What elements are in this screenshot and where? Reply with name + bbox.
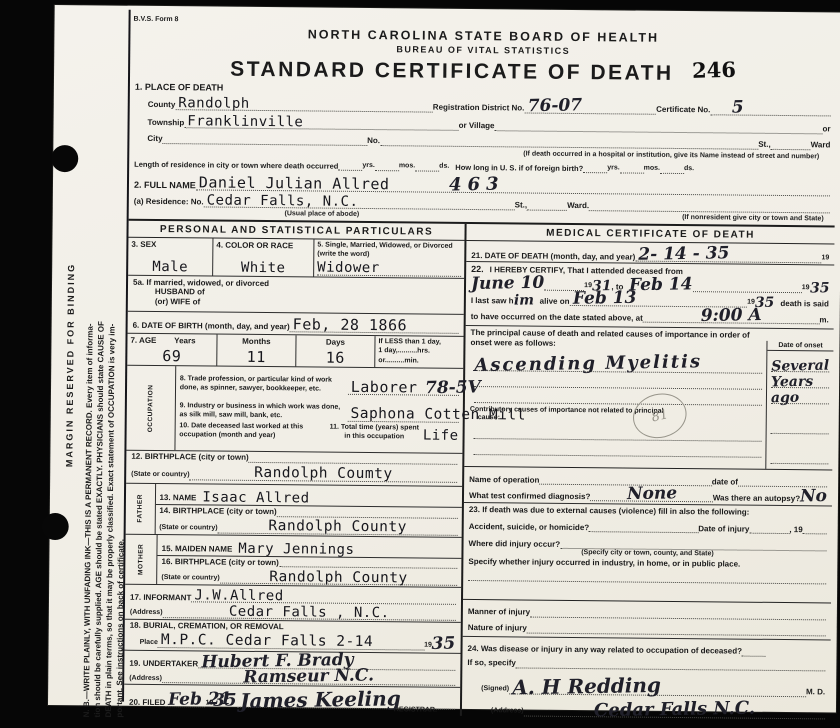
certificate-stamp-number: 246 [692, 57, 736, 83]
informant-name-line: 17. INFORMANT J.W.Allred [130, 586, 456, 605]
father-birthplace-value: Randolph County [268, 519, 407, 535]
informant-field: J.W.Allred [191, 589, 456, 606]
test-label: What test confirmed diagnosis? [469, 491, 590, 502]
informant-row: 17. INFORMANT J.W.Allred (Address) Cedar… [125, 585, 461, 623]
ward-label: Ward [811, 141, 831, 151]
informant-address-line: (Address) Cedar Falls , N.C. [130, 602, 456, 621]
informant-value: J.W.Allred [194, 589, 283, 604]
signature-address-field: Cedar Falls N.C. [524, 700, 825, 720]
district-field: 76-07 [524, 98, 656, 115]
age-days-cell: Days 16 [296, 335, 375, 367]
county-field: Randolph [175, 96, 433, 112]
township-field: Franklinville [184, 114, 458, 131]
burial-year-value: 35 [432, 635, 456, 652]
length-mos-field [375, 170, 399, 171]
father-vertical-label: FATHER [137, 494, 144, 523]
certno-label: Certificate No. [656, 105, 710, 115]
scan-background: MARGIN RESERVED FOR BINDING N. B.—WRITE … [0, 0, 840, 728]
race-label: 4. COLOR OR RACE [216, 241, 310, 251]
alive-on-label: alive on [540, 296, 570, 306]
father-fields: 13. NAME Isaac Allred 14. BIRTHPLACE (ci… [155, 484, 462, 537]
occupation-vertical-cell: OCCUPATION [126, 366, 176, 450]
onset-line-3: ago [771, 388, 829, 405]
mother-vertical-cell: MOTHER [125, 534, 158, 584]
undertaker-address-label: (Address) [129, 674, 162, 683]
length-yrs-label: yrs. [362, 162, 375, 171]
residence-ward-label: Ward. [567, 201, 589, 211]
where-injury-line: Where did injury occur? [469, 531, 827, 551]
external-causes-block: 23. If death was due to external causes … [463, 503, 832, 602]
district-label: Registration District No. [433, 103, 525, 113]
cause-value: Ascending Myelitis [474, 353, 702, 375]
father-birthplace-value-line: (State or country) Randolph County [159, 516, 458, 536]
length-yrs-field [338, 170, 362, 171]
township-value: Franklinville [187, 114, 303, 129]
undertaker-row: 19. UNDERTAKER Hubert F. Brady (Address)… [124, 651, 460, 688]
residence-st-label: St., [515, 201, 528, 211]
birthplace-state-label: (State or country) [131, 471, 189, 480]
age-years-cell: 7. AGE Years 69 [127, 333, 217, 365]
nonresident-note: (If nonresident give city or town and St… [510, 212, 830, 222]
birthplace-value-line: (State or country) Randolph Coumty [131, 462, 457, 483]
death-said-label: death is said [780, 299, 829, 309]
contributory-line-2 [473, 439, 761, 458]
birthplace-label: 12. BIRTHPLACE (city or town) [131, 452, 248, 463]
mother-state-label: (State or country) [161, 575, 219, 584]
sex-race-marital-row: 3. SEX Male 4. COLOR OR RACE White 5. Si… [128, 238, 464, 279]
foreign-ds-field [660, 173, 684, 174]
last-worked-total-row: 10. Date deceased last worked at this oc… [175, 420, 463, 453]
specify-whether-line [468, 567, 826, 584]
punch-hole-top [51, 145, 78, 172]
industry-row: 9. Industry or business in which work wa… [175, 393, 463, 423]
dob-value: Feb, 28 1866 [293, 317, 408, 333]
birthplace-field: Randolph Coumty [189, 466, 457, 483]
certify-number: 22. [471, 264, 484, 274]
foreign-ds-label: ds. [684, 165, 694, 174]
injury-detail-block: Manner of injury Nature of injury [463, 598, 831, 640]
age-years-label: Years [174, 336, 195, 346]
operation-label: Name of operation [469, 475, 539, 485]
burial-place-label: Place [140, 639, 158, 648]
township-label: Township [148, 118, 185, 128]
date-of-onset-label: Date of onset [768, 341, 834, 352]
manner-label: Manner of injury [468, 607, 530, 617]
father-name-label: 13. NAME [159, 493, 196, 503]
mother-birthplace-rows: 16. BIRTHPLACE (city or town) (State or … [157, 556, 461, 588]
street-no-label: No. [367, 136, 380, 146]
mother-name-row: 15. MAIDEN NAME Mary Jennings [158, 535, 462, 559]
to-year-value: 35 [809, 281, 829, 295]
last-worked-label: 10. Date deceased last worked at this oc… [179, 422, 325, 441]
accident-line: Accident, suicide, or homicide? Date of … [469, 514, 827, 534]
industry-label: 9. Industry or business in which work wa… [179, 403, 347, 422]
marital-cell: 5. Single, Married, Widowed, or Divorced… [314, 239, 464, 277]
onset-line-2: Years [771, 372, 829, 389]
father-birthplace-label: 14. BIRTHPLACE (city or town) [159, 506, 276, 517]
foreign-yrs-label: yrs. [607, 165, 620, 174]
certificate-form: B.V.S. Form 8 NORTH CAROLINA STATE BOARD… [122, 10, 837, 709]
age-hrs-label: hrs. [417, 348, 430, 355]
signature-address-value: Cedar Falls N.C. [594, 700, 755, 721]
mother-birthplace-value: Randolph County [269, 570, 408, 586]
accident-label: Accident, suicide, or homicide? [469, 522, 590, 533]
to-19-label: 19 [802, 285, 810, 294]
cause-line-1: Ascending Myelitis [474, 348, 762, 374]
father-name-value: Isaac Allred [202, 490, 309, 505]
residence-value: Cedar Falls, N.C. [207, 193, 359, 208]
cause-of-death-block: The principal cause of death and related… [464, 326, 833, 470]
undertaker-address-value: Ramseur N.C. [243, 668, 374, 687]
dob-label: 6. DATE OF BIRTH (month, day, and year) [133, 321, 290, 332]
birthplace-value: Randolph Coumty [254, 466, 393, 482]
burial-value: M.P.C. Cedar Falls 2-14 [161, 633, 373, 650]
foreign-birth-label: How long in U. S. if of foreign birth? [455, 162, 583, 173]
signature-address-label: (Address) [491, 707, 524, 716]
dob-field: Feb, 28 1866 [290, 317, 459, 334]
occupation-fields: 8. Trade profession, or particular kind … [175, 366, 463, 453]
length-mos-label: mos. [399, 163, 415, 172]
cause-main: onset were as follows: Ascending Myeliti… [464, 338, 766, 469]
filed-year-value: 35 [213, 693, 237, 710]
m-label: m. [819, 315, 828, 325]
operation-block: Name of operation date of What test conf… [464, 467, 832, 506]
residence-field: Cedar Falls, N.C. [204, 193, 515, 210]
father-vertical-cell: FATHER [126, 484, 156, 534]
age-days-label: Days [326, 337, 345, 347]
last-saw-him: im [513, 293, 533, 307]
mother-birthplace-value-line: (State or country) Randolph County [161, 566, 457, 586]
marital-value: Widower [317, 260, 461, 276]
certificate-page: MARGIN RESERVED FOR BINDING N. B.—WRITE … [48, 5, 840, 713]
margin-binding-text: MARGIN RESERVED FOR BINDING [64, 263, 76, 467]
where-injury-label: Where did injury occur? [469, 539, 561, 549]
full-name-label: 2. FULL NAME [134, 180, 196, 191]
onset-line-4 [771, 418, 829, 435]
certify-block: 22. I HEREBY CERTIFY, That I attended de… [466, 262, 835, 330]
signed-label: (Signed) [481, 685, 509, 694]
date-of-onset-column: Date of onset Several Years ago [765, 341, 833, 470]
signature-field: A. H Redding [509, 675, 806, 697]
age-days-value: 16 [326, 351, 345, 366]
informant-label: 17. INFORMANT [130, 592, 191, 602]
registrar-signature: James Keeling [240, 688, 401, 711]
age-less-label: If LESS than 1 day, [378, 338, 460, 348]
total-time-value: Life [423, 429, 459, 443]
sex-cell: 3. SEX Male [128, 238, 213, 276]
district-value: 76-07 [527, 97, 582, 115]
form-number: B.V.S. Form 8 [134, 16, 179, 23]
operation-date-label: date of [712, 477, 738, 487]
informant-address-value: Cedar Falls , N.C. [229, 605, 390, 621]
onset-line-1: Several [771, 351, 829, 373]
abode-note: (Usual place of abode) [134, 209, 510, 220]
injury-year-field [803, 533, 827, 534]
autopsy-value: No [800, 488, 827, 505]
comma19-label: , 19 [789, 525, 802, 535]
st-label: St., [758, 140, 771, 150]
race-cell: 4. COLOR OR RACE White [213, 239, 314, 277]
trade-field: Laborer 78-5V [348, 378, 459, 395]
mother-name-value: Mary Jennings [238, 541, 354, 556]
occupation-related-field [742, 656, 766, 657]
occupation-vertical-label: OCCUPATION [147, 384, 154, 432]
place-of-death-label: 1. PLACE OF DEATH [135, 82, 223, 93]
or-label: or [822, 125, 830, 135]
occupation-block: OCCUPATION 8. Trade profession, or parti… [126, 366, 463, 454]
age-years-value: 69 [162, 349, 181, 364]
trade-value: Laborer [351, 379, 418, 395]
mother-fields: 15. MAIDEN NAME Mary Jennings 16. BIRTHP… [157, 535, 461, 588]
foreign-yrs-field [583, 172, 607, 173]
injury-date-label: Date of injury [698, 524, 749, 534]
father-birthplace-field: Randolph County [218, 519, 458, 536]
village-label: or Village [459, 121, 495, 131]
if-so-label: If so, specify [467, 658, 516, 668]
full-name-value: Daniel Julian Allred [199, 175, 390, 192]
onset-value-3: ago [771, 391, 799, 405]
certno-value: 5 [731, 99, 743, 116]
age-label: 7. AGE [130, 335, 156, 345]
date-of-death-label: 21. DATE OF DEATH (month, day, and year) [471, 251, 635, 262]
total-time-label: 11. Total time (years) spent in this occ… [326, 424, 423, 442]
last-saw-pre-label: I last saw h [471, 296, 514, 306]
occupation-related-block: 24. Was disease or injury in any way rel… [462, 637, 831, 720]
age-min-label: min. [404, 357, 418, 364]
occurred-label: to have occurred on the date stated abov… [471, 312, 643, 323]
total-time-cell: 11. Total time (years) spent in this occ… [326, 424, 459, 443]
mother-birthplace-label: 16. BIRTHPLACE (city or town) [161, 557, 278, 568]
residence-label: (a) Residence: No. [134, 197, 204, 207]
burial-field: M.P.C. Cedar Falls 2-14 [158, 633, 424, 650]
father-block: FATHER 13. NAME Isaac Allred 14. BIRTHPL… [126, 484, 462, 538]
informant-address-label: (Address) [130, 609, 163, 618]
onset-value-2: Years [771, 375, 813, 390]
test-field: None [590, 485, 713, 502]
filed-label: 20. FILED [129, 697, 166, 707]
father-state-label: (State or country) [159, 524, 217, 533]
medical-panel: MEDICAL CERTIFICATE OF DEATH 21. DATE OF… [462, 224, 835, 720]
father-birthplace-rows: 14. BIRTHPLACE (city or town) (State or … [155, 505, 462, 537]
age-months-cell: Months 11 [217, 334, 296, 366]
death-time-field: 9:00 A [643, 307, 820, 325]
age-months-value: 11 [247, 350, 266, 365]
foreign-mos-label: mos. [644, 165, 660, 174]
burial-value-line: Place M.P.C. Cedar Falls 2-14 19 35 [130, 631, 456, 651]
foreign-mos-field [620, 172, 644, 173]
age-row: 7. AGE Years 69 Months 11 Days [127, 333, 463, 369]
mother-name-label: 15. MAIDEN NAME [162, 544, 233, 554]
nature-field [527, 632, 826, 636]
date-of-death-value: 2- 14 - 35 [638, 245, 729, 264]
physician-signature: A. H Redding [512, 675, 661, 697]
trade-row: 8. Trade profession, or particular kind … [176, 366, 464, 395]
dod-19-label: 19 [821, 255, 829, 264]
personal-panel: PERSONAL AND STATISTICAL PARTICULARS 3. … [124, 221, 467, 716]
undertaker-address-line: (Address) Ramseur N.C. [129, 668, 455, 686]
nature-label: Nature of injury [468, 623, 527, 633]
age-day-label: 1 day, [378, 347, 397, 354]
informant-address-field: Cedar Falls , N.C. [163, 604, 456, 621]
length-ds-label: ds. [439, 163, 449, 172]
age-or-label: or [378, 357, 385, 364]
mother-vertical-label: MOTHER [137, 544, 144, 575]
attended-to-value: Feb 14 [629, 276, 693, 294]
attended-dates-line: June 10 1931 , to Feb 14 1935 [471, 274, 829, 293]
age-less-cell: If LESS than 1 day, 1 day,..........hrs.… [375, 336, 463, 368]
sex-label: 3. SEX [131, 240, 209, 250]
signed-line: (Signed) A. H Redding M. D. [467, 668, 825, 697]
mother-birthplace-field: Randolph County [220, 569, 458, 586]
main-columns: PERSONAL AND STATISTICAL PARTICULARS 3. … [124, 219, 835, 720]
birthplace-row: 12. BIRTHPLACE (city or town) (State or … [126, 451, 462, 487]
father-name-row: 13. NAME Isaac Allred [155, 484, 462, 508]
md-label: M. D. [806, 688, 825, 698]
certificate-title: STANDARD CERTIFICATE OF DEATH [230, 58, 674, 85]
house-number-value: 463 [449, 176, 505, 195]
test-value: None [626, 485, 676, 503]
race-value: White [241, 261, 286, 275]
date-of-death-field: 2- 14 - 35 [635, 246, 821, 264]
trade-label: 8. Trade profession, or particular kind … [180, 375, 348, 394]
last-saw-value: Feb 13 [572, 290, 636, 308]
certno-field: 5 [710, 99, 830, 116]
spouse-wife-label: (or) WIFE of [133, 297, 459, 310]
industry-field: Saphona Cotten Mill [347, 407, 458, 423]
burial-row: 18. BURIAL, CREMATION, OR REMOVAL Place … [125, 620, 461, 654]
city-label: City [147, 134, 162, 144]
attended-from-value: June 10 [471, 275, 544, 293]
mother-block: MOTHER 15. MAIDEN NAME Mary Jennings 16.… [125, 534, 461, 588]
filed-date-field: Feb 21 [165, 691, 205, 707]
spouse-row: 5a. If married, widowed, or divorced HUS… [128, 276, 464, 316]
filed-row: 20. FILED Feb 21 19 35 James Keeling REG… [124, 685, 460, 716]
sex-value: Male [152, 260, 188, 274]
county-label: County [148, 100, 176, 110]
length-label: Length of residence in city or town wher… [134, 159, 338, 170]
county-value: Randolph [178, 96, 250, 111]
death-time-value: 9:00 A [701, 307, 762, 325]
age-months-label: Months [242, 337, 271, 347]
marital-label: 5. Single, Married, Widowed, or Divorced… [317, 242, 461, 261]
manner-line: Manner of injury [468, 601, 826, 620]
onset-value-1: Several [771, 359, 829, 374]
punch-hole-bottom [42, 513, 69, 540]
onset-line-5 [771, 448, 829, 465]
autopsy-label: Was there an autopsy? [713, 493, 800, 503]
